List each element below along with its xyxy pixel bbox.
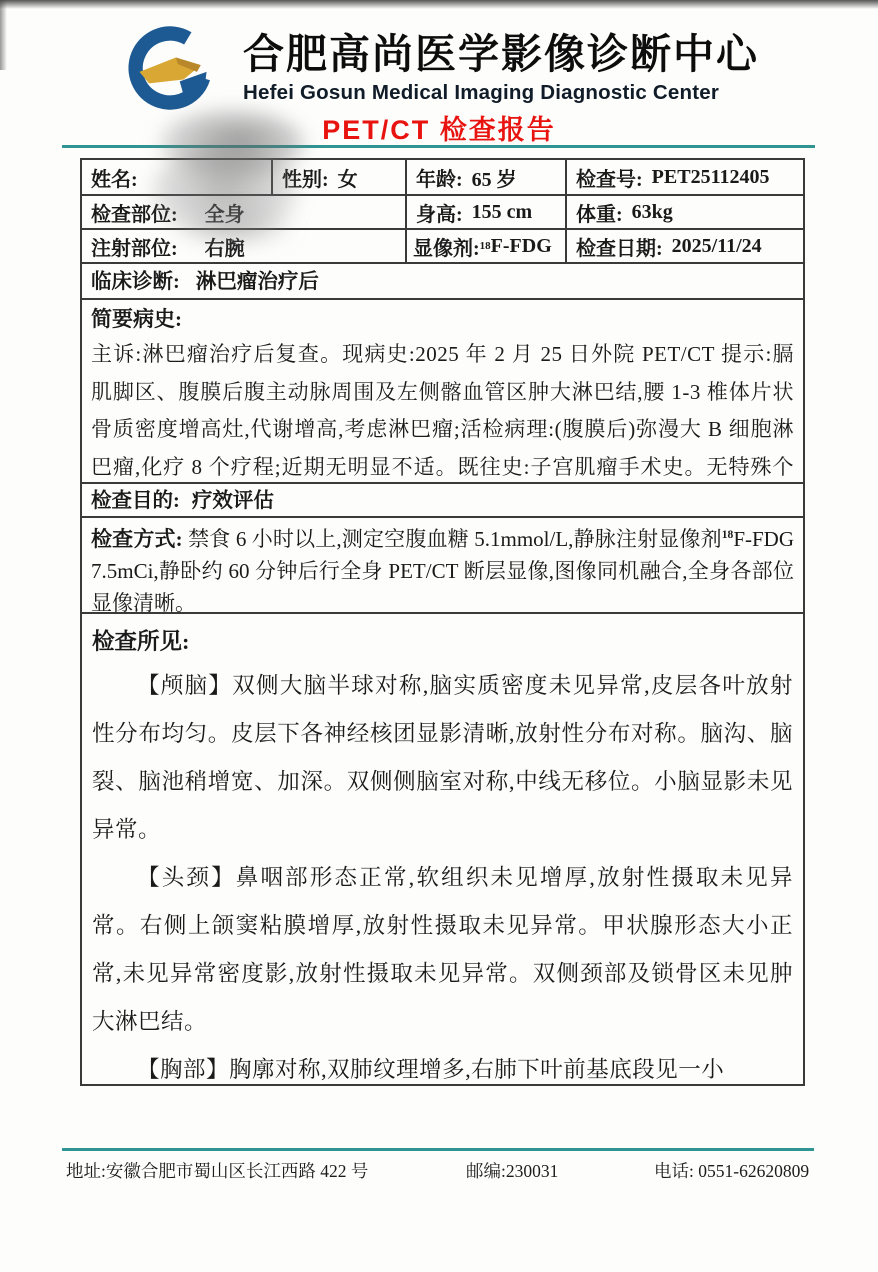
exam-no-value: PET25112405 (652, 166, 770, 189)
field-sex: 性别: 女 (271, 160, 405, 194)
report-footer: 地址:安徽合肥市蜀山区长江西路 422 号 邮编:230031 电话: 0551… (0, 1158, 878, 1188)
findings-paragraph-chest: 【胸部】胸廓对称,双肺纹理增多,右肺下叶前基底段见一小 (92, 1046, 793, 1084)
sex-value: 女 (338, 163, 358, 192)
footer-phone: 电话: 0551-62620809 (654, 1158, 809, 1183)
footer-divider (62, 1148, 814, 1151)
brief-history-text: 主诉:淋巴瘤治疗后复查。现病史:2025 年 2 月 25 日外院 PET/CT… (91, 336, 794, 482)
findings-paragraph-brain: 【颅脑】双侧大脑半球对称,脑实质密度未见异常,皮层各叶放射性分布均匀。皮层下各神… (92, 662, 793, 854)
field-tracer: 显像剂:18F-FDG (405, 230, 565, 262)
footer-address: 地址:安徽合肥市蜀山区长江西路 422 号 (66, 1158, 368, 1183)
patient-row-1: 姓名: 性别: 女 年龄: 65 岁 检查号: PET25112405 (82, 160, 803, 194)
scan-edge-left-artifact (0, 0, 7, 70)
findings-paragraph-head-neck: 【头颈】鼻咽部形态正常,软组织未见增厚,放射性摄取未见异常。右侧上颌窦粘膜增厚,… (92, 854, 793, 1046)
footer-postcode: 邮编:230031 (466, 1158, 558, 1183)
clinical-diagnosis-row: 临床诊断:淋巴瘤治疗后 (82, 262, 803, 298)
height-label: 身高: (416, 198, 463, 227)
field-name: 姓名: (82, 160, 271, 194)
exam-method-text-1: 禁食 6 小时以上,测定空腹血糖 5.1mmol/L,静脉注射显像剂 (188, 527, 722, 551)
tracer-value: F-FDG (491, 235, 552, 258)
scan-edge-top-artifact (0, 0, 878, 9)
findings-section: 检查所见: 【颅脑】双侧大脑半球对称,脑实质密度未见异常,皮层各叶放射性分布均匀… (82, 612, 803, 1084)
field-weight: 体重: 63kg (565, 196, 803, 228)
weight-label: 体重: (576, 198, 623, 227)
exam-date-value: 2025/11/24 (672, 235, 762, 258)
exam-part-label: 检查部位: (91, 198, 178, 227)
field-exam-part: 检查部位: 全身 (82, 196, 405, 228)
field-exam-date: 检查日期: 2025/11/24 (565, 230, 803, 262)
age-label: 年龄: (416, 163, 463, 192)
pet-ct-report-page: 合肥高尚医学影像诊断中心 Hefei Gosun Medical Imaging… (0, 0, 878, 1272)
org-name-block: 合肥高尚医学影像诊断中心 Hefei Gosun Medical Imaging… (243, 31, 759, 104)
field-exam-no: 检查号: PET25112405 (565, 160, 803, 194)
exam-method-label: 检查方式: (91, 527, 183, 551)
height-value: 155 cm (472, 201, 533, 224)
brief-history-label: 简要病史: (91, 303, 794, 336)
report-header: 合肥高尚医学影像诊断中心 Hefei Gosun Medical Imaging… (0, 22, 878, 114)
injection-site-value: 右腕 (205, 232, 245, 261)
exam-no-label: 检查号: (576, 163, 643, 192)
age-value: 65 岁 (472, 163, 517, 192)
exam-purpose-label: 检查目的: (91, 490, 180, 512)
clinical-diagnosis-label: 临床诊断: (91, 271, 180, 293)
exam-method-section: 检查方式: 禁食 6 小时以上,测定空腹血糖 5.1mmol/L,静脉注射显像剂… (82, 516, 803, 612)
exam-purpose-value: 疗效评估 (192, 490, 274, 512)
org-name-en: Hefei Gosun Medical Imaging Diagnostic C… (243, 81, 719, 105)
tracer-isotope: 18 (480, 240, 491, 252)
exam-method-isotope: 18 (722, 529, 734, 541)
tracer-label: 显像剂: (413, 232, 480, 261)
exam-purpose-row: 检查目的:疗效评估 (82, 482, 803, 516)
sex-label: 性别: (282, 163, 329, 192)
report-title: PET/CT 检查报告 (0, 108, 878, 147)
report-table: 姓名: 性别: 女 年龄: 65 岁 检查号: PET25112405 检查部位… (80, 158, 805, 1086)
exam-date-label: 检查日期: (576, 232, 663, 261)
gosun-logo-icon (119, 22, 227, 114)
field-injection-site: 注射部位: 右腕 (82, 230, 405, 262)
field-age: 年龄: 65 岁 (405, 160, 565, 194)
name-label: 姓名: (91, 163, 138, 192)
patient-row-3: 注射部位: 右腕 显像剂:18F-FDG 检查日期: 2025/11/24 (82, 228, 803, 262)
brief-history-section: 简要病史: 主诉:淋巴瘤治疗后复查。现病史:2025 年 2 月 25 日外院 … (82, 298, 803, 482)
org-name-cn: 合肥高尚医学影像诊断中心 (243, 31, 759, 78)
findings-label: 检查所见: (92, 622, 793, 662)
clinical-diagnosis-value: 淋巴瘤治疗后 (196, 271, 319, 293)
weight-value: 63kg (632, 201, 673, 224)
patient-row-2: 检查部位: 全身 身高: 155 cm 体重: 63kg (82, 194, 803, 228)
field-height: 身高: 155 cm (405, 196, 565, 228)
header-divider (62, 145, 815, 148)
injection-site-label: 注射部位: (91, 232, 178, 261)
exam-part-value: 全身 (205, 198, 245, 227)
